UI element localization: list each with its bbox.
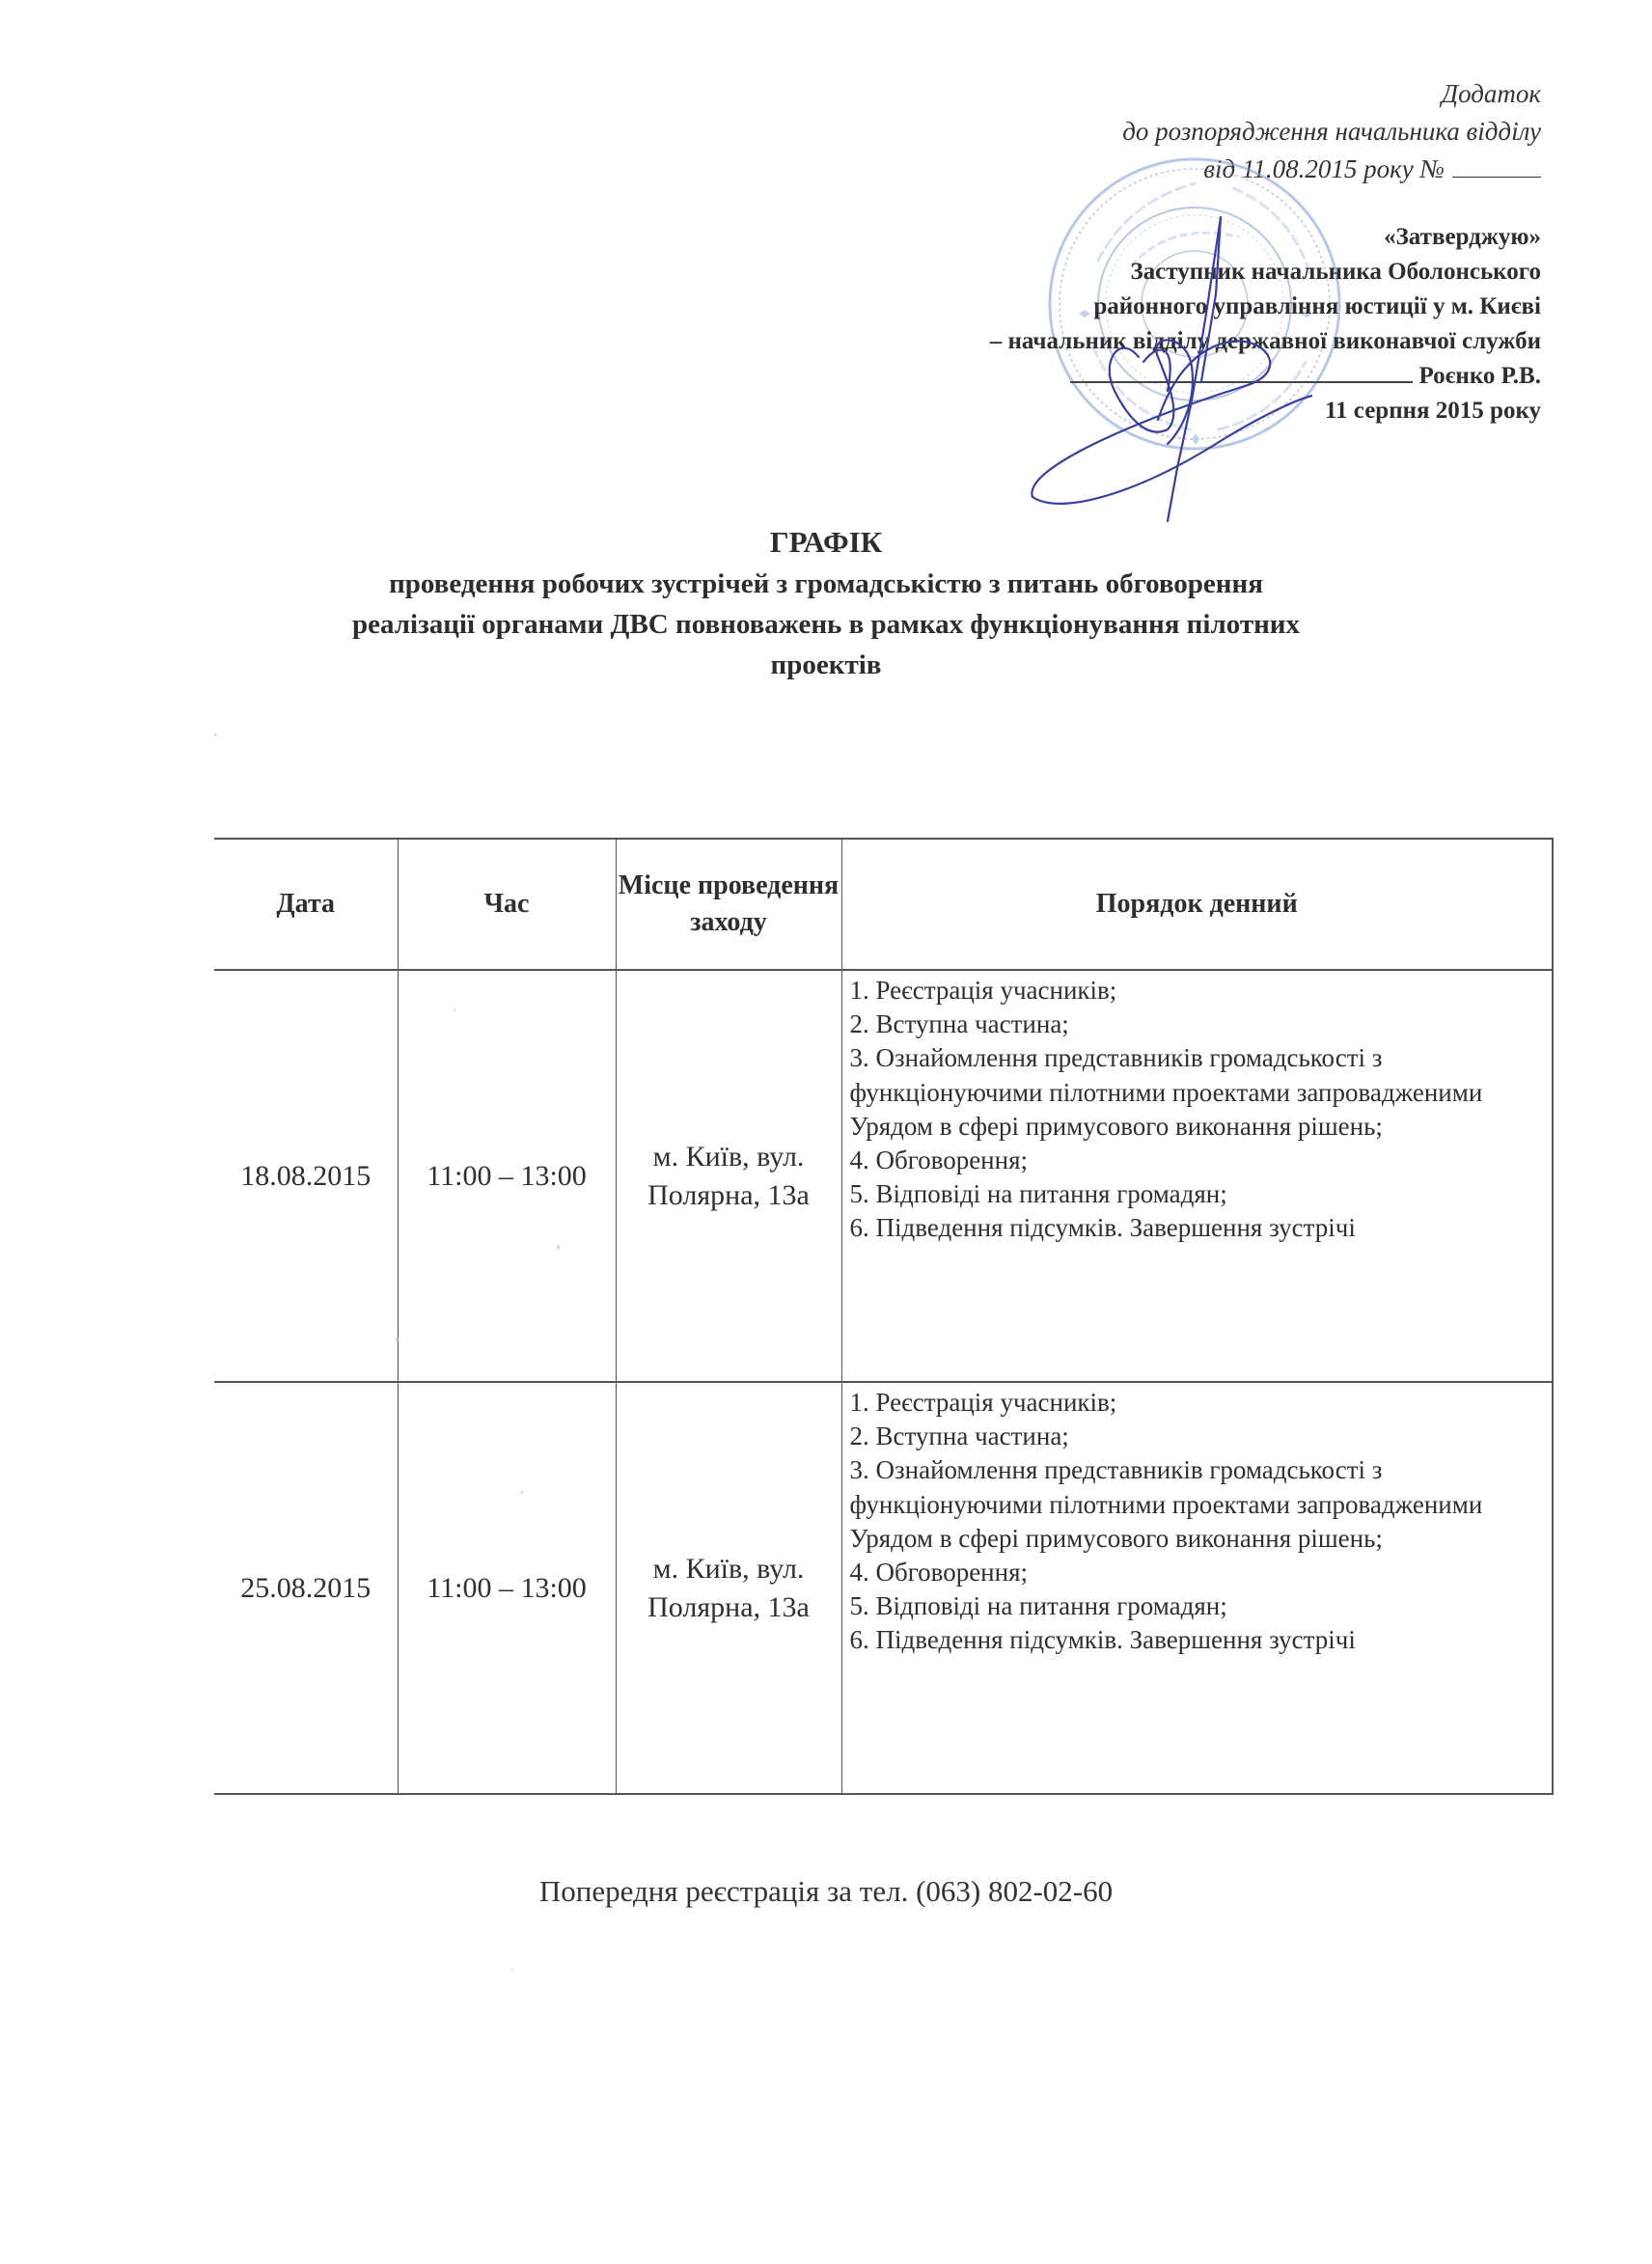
cell-date: 18.08.2015: [214, 970, 398, 1382]
agenda-list: 1. Реєстрація учасників; 2. Вступна част…: [850, 974, 1545, 1246]
cell-agenda: 1. Реєстрація учасників; 2. Вступна част…: [841, 970, 1553, 1382]
cell-time: 11:00 – 13:00: [398, 1382, 616, 1794]
agenda-item: 1. Реєстрація учасників;: [850, 974, 1545, 1008]
column-header-time: Час: [398, 839, 616, 970]
approval-label: «Затверджую»: [990, 220, 1541, 255]
approver-position-line-1: Заступник начальника Оболонського: [990, 255, 1541, 290]
appendix-block: Додаток до розпорядження начальника відд…: [1122, 75, 1541, 188]
document-title: ГРАФІК проведення робочих зустрічей з гр…: [174, 521, 1478, 685]
agenda-item: 1. Реєстрація учасників;: [850, 1386, 1545, 1420]
schedule-table: Дата Час Місце проведення заходу Порядок…: [214, 838, 1554, 1795]
cell-place: м. Київ, вул. Полярна, 13а: [616, 970, 841, 1382]
scan-speck: [521, 1491, 523, 1494]
cell-time: 11:00 – 13:00: [398, 970, 616, 1382]
cell-date: 25.08.2015: [214, 1382, 398, 1794]
appendix-date-number: від 11.08.2015 року №: [1122, 151, 1541, 188]
agenda-item: 4. Обговорення;: [850, 1556, 1545, 1589]
agenda-item: 5. Відповіді на питання громадян;: [850, 1177, 1545, 1211]
signature-blank: [1070, 362, 1413, 383]
schedule-table-body: 18.08.2015 11:00 – 13:00 м. Київ, вул. П…: [214, 970, 1553, 1794]
document-page: Додаток до розпорядження начальника відд…: [0, 0, 1652, 2264]
agenda-item: 2. Вступна частина;: [850, 1008, 1545, 1041]
title-heading: ГРАФІК: [174, 521, 1478, 564]
approver-signature-line: Роєнко Р.В.: [990, 359, 1541, 394]
appendix-reference: до розпорядження начальника відділу: [1122, 113, 1541, 151]
table-header-row: Дата Час Місце проведення заходу Порядок…: [214, 839, 1553, 970]
agenda-item: 6. Підведення підсумків. Завершення зуст…: [850, 1211, 1545, 1245]
scan-speck: [557, 1245, 560, 1250]
scan-speck: [511, 1969, 513, 1971]
approval-date: 11 серпня 2015 року: [990, 394, 1541, 428]
title-subtitle-line-2: реалізації органами ДВС повноважень в ра…: [174, 604, 1478, 645]
approver-position-line-3: – начальник відділу державної виконавчої…: [990, 324, 1541, 359]
scan-speck: [396, 1337, 399, 1342]
title-subtitle-line-1: проведення робочих зустрічей з громадськ…: [174, 564, 1478, 604]
table-row: 18.08.2015 11:00 – 13:00 м. Київ, вул. П…: [214, 970, 1553, 1382]
table-row: 25.08.2015 11:00 – 13:00 м. Київ, вул. П…: [214, 1382, 1553, 1794]
appendix-title: Додаток: [1122, 75, 1541, 113]
scan-speck: [214, 733, 217, 736]
title-subtitle-line-3: проектів: [174, 645, 1478, 685]
cell-agenda: 1. Реєстрація учасників; 2. Вступна част…: [841, 1382, 1553, 1794]
agenda-item: 4. Обговорення;: [850, 1144, 1545, 1177]
scan-speck: [454, 1008, 455, 1011]
column-header-place: Місце проведення заходу: [616, 839, 841, 970]
cell-place: м. Київ, вул. Полярна, 13а: [616, 1382, 841, 1794]
agenda-item: 3. Ознайомлення представників громадсько…: [850, 1041, 1545, 1144]
column-header-agenda: Порядок денний: [841, 839, 1553, 970]
order-number-blank: [1452, 155, 1541, 178]
agenda-list: 1. Реєстрація учасників; 2. Вступна част…: [850, 1386, 1545, 1658]
approver-name: Роєнко Р.В.: [1418, 363, 1541, 389]
approver-position-line-2: районного управління юстиції у м. Києві: [990, 290, 1541, 324]
approval-block: «Затверджую» Заступник начальника Оболон…: [990, 220, 1541, 428]
agenda-item: 6. Підведення підсумків. Завершення зуст…: [850, 1623, 1545, 1657]
agenda-item: 5. Відповіді на питання громадян;: [850, 1589, 1545, 1623]
appendix-date-text: від 11.08.2015 року №: [1203, 154, 1445, 183]
agenda-item: 3. Ознайомлення представників громадсько…: [850, 1453, 1545, 1556]
registration-note: Попередня реєстрація за тел. (063) 802-0…: [0, 1872, 1652, 1911]
column-header-date: Дата: [214, 839, 398, 970]
agenda-item: 2. Вступна частина;: [850, 1420, 1545, 1453]
